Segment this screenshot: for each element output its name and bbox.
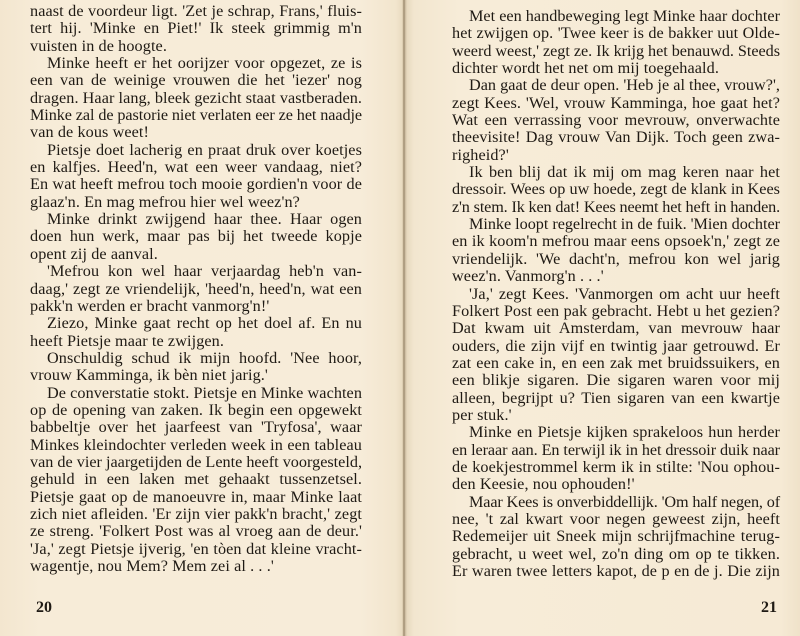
text-line: Pietsje gaat op de manoeuvre in, maar Mi… bbox=[30, 489, 362, 506]
text-line: Minke zal de pastorie niet verlaten eer … bbox=[30, 107, 362, 124]
text-line: op de opening van zaken. Ik begin een op… bbox=[30, 402, 362, 419]
text-line: De converstatie stokt. Pietsje en Minke … bbox=[30, 385, 362, 402]
text-line: Wat een verrassing voor mevrouw, onverwa… bbox=[452, 112, 780, 129]
right-page: Met een handbeweging legt Minke haar doc… bbox=[406, 0, 800, 636]
text-line: nee, 't zal kwart voor negen geweest zij… bbox=[452, 511, 780, 528]
text-line: pakk'n werden er bracht vanmorg'n!' bbox=[30, 298, 362, 315]
text-line: van de kous weet! bbox=[30, 124, 362, 141]
text-line: Dan gaat de deur open. 'Heb je al thee, … bbox=[452, 77, 780, 94]
text-line: Minkes kleindochter verleden week in een… bbox=[30, 437, 362, 454]
text-line: doen hun werk, maar pas bij het tweede k… bbox=[30, 228, 362, 245]
page-number-left: 20 bbox=[36, 599, 52, 617]
text-line: Met een handbeweging legt Minke haar doc… bbox=[452, 8, 780, 25]
book-spread: naast de voordeur ligt. 'Zet je schrap, … bbox=[0, 0, 800, 636]
page-number-right: 21 bbox=[761, 599, 777, 617]
text-line: weez'n. Vanmorg'n . . .' bbox=[452, 268, 780, 285]
text-line: Maar Kees is onverbiddellijk. 'Om half n… bbox=[452, 494, 780, 511]
text-line: Dat kwam uit Amsterdam, van mevrouw haar bbox=[452, 320, 780, 337]
text-line: ouders, die zijn vijf en twintig jaar ge… bbox=[452, 338, 780, 355]
text-line: de koekjestrommel kerm ik in stilte: 'No… bbox=[452, 459, 780, 476]
text-line: wagentje, nou Mem? Mem zei al . . .' bbox=[30, 558, 362, 575]
text-line: dichter wordt het net om mij toegehaald. bbox=[452, 60, 780, 77]
text-line: en kalfjes. Heed'n, wat een weer vandaag… bbox=[30, 159, 362, 176]
text-line: righeid?' bbox=[452, 147, 780, 164]
text-line: z'n stem. Ik ken dat! Kees neemt het hef… bbox=[452, 199, 780, 216]
text-line: Minke drinkt zwijgend haar thee. Haar og… bbox=[30, 211, 362, 228]
text-line: Onschuldig schud ik mijn hoofd. 'Nee hoo… bbox=[30, 350, 362, 367]
right-page-text: Met een handbeweging legt Minke haar doc… bbox=[452, 8, 780, 580]
text-line: 'Ja,' zegt Kees. 'Vanmorgen om acht uur … bbox=[452, 286, 780, 303]
text-line: zich niet afleiden. 'Er zijn vier pakk'n… bbox=[30, 506, 362, 523]
text-line: zat een cake in, en een zak met bruidssu… bbox=[452, 355, 780, 372]
text-line: Redemeijer uit Sneek mijn schrijfmachine… bbox=[452, 528, 780, 545]
text-line: dragen. Haar lang, bleek gezicht staat v… bbox=[30, 90, 362, 107]
text-line: weerd weest,' zegt ze. Ik krijg het bena… bbox=[452, 43, 780, 60]
text-line: tert hij. 'Minke en Piet!' Ik steek grim… bbox=[30, 20, 362, 37]
left-page: naast de voordeur ligt. 'Zet je schrap, … bbox=[0, 0, 403, 636]
text-line: Pietsje doet lacherig en praat druk over… bbox=[30, 142, 362, 159]
text-line: vriendelijk. 'We dacht'n, mefrou kon wel… bbox=[452, 251, 780, 268]
left-page-text: naast de voordeur ligt. 'Zet je schrap, … bbox=[30, 3, 362, 575]
text-line: het zwijgen op. 'Twee keer is de bakker … bbox=[452, 25, 780, 42]
book-spine bbox=[403, 0, 405, 636]
text-line: vuisten in de hoogte. bbox=[30, 38, 362, 55]
text-line: den Keesie, nou ophouden!' bbox=[452, 476, 780, 493]
text-line: en leraar aan. En terwijl ik in het dres… bbox=[452, 442, 780, 459]
text-line: Ziezo, Minke gaat recht op het doel af. … bbox=[30, 315, 362, 332]
text-line: Minke heeft er het oorijzer voor opgezet… bbox=[30, 55, 362, 72]
text-line: een blikje sigaren. Die sigaren waren vo… bbox=[452, 372, 780, 389]
text-line: gebracht, u weet wel, zo'n ding om op te… bbox=[452, 546, 780, 563]
text-line: glaaz'n. En mag mefrou hier wel weez'n? bbox=[30, 194, 362, 211]
text-line: en ik koom'n mefrou maar eens opsoek'n,'… bbox=[452, 233, 780, 250]
text-line: Ik ben blij dat ik mij om mag keren naar… bbox=[452, 164, 780, 181]
text-line: ze streng. 'Folkert Post was al vroeg aa… bbox=[30, 523, 362, 540]
text-line: Minke loopt regelrecht in de fuik. 'Mien… bbox=[452, 216, 780, 233]
text-line: heeft Pietsje maar te zwijgen. bbox=[30, 333, 362, 350]
text-line: van de vier jaargetijden de Lente heeft … bbox=[30, 454, 362, 471]
text-line: Minke en Pietsje kijken sprakeloos hun h… bbox=[452, 424, 780, 441]
text-line: opent zij de aanval. bbox=[30, 246, 362, 263]
text-line: babbeltje over het jaarfeest van 'Tryfos… bbox=[30, 419, 362, 436]
text-line: 'Mefrou kon wel haar verjaardag heb'n va… bbox=[30, 263, 362, 280]
text-line: per stuk.' bbox=[452, 407, 780, 424]
text-line: alleen, begrijpt u? Tien sigaren van een… bbox=[452, 390, 780, 407]
text-line: daag,' zegt ze vriendelijk, 'heed'n, hee… bbox=[30, 281, 362, 298]
text-line: theevisite! Dag vrouw Van Dijk. Toch gee… bbox=[452, 129, 780, 146]
text-line: vrouw Kamminga, ik bèn niet jarig.' bbox=[30, 367, 362, 384]
text-line: een van de weinige vrouwen die het 'ieze… bbox=[30, 72, 362, 89]
text-line: dressoir. Wees op uw hoede, zegt de klan… bbox=[452, 181, 780, 198]
text-line: zegt Kees. 'Wel, vrouw Kamminga, hoe gaa… bbox=[452, 95, 780, 112]
text-line: Folkert Post een pak gebracht. Hebt u he… bbox=[452, 303, 780, 320]
text-line: Er waren twee letters kapot, de p en de … bbox=[452, 563, 780, 580]
text-line: En wat heeft mefrou toch mooie gordien'n… bbox=[30, 176, 362, 193]
text-line: naast de voordeur ligt. 'Zet je schrap, … bbox=[30, 3, 362, 20]
text-line: 'Ja,' zegt Pietsje ijverig, 'en tòen dat… bbox=[30, 541, 362, 558]
text-line: gehuld in een laken met gehaakt tussenze… bbox=[30, 471, 362, 488]
